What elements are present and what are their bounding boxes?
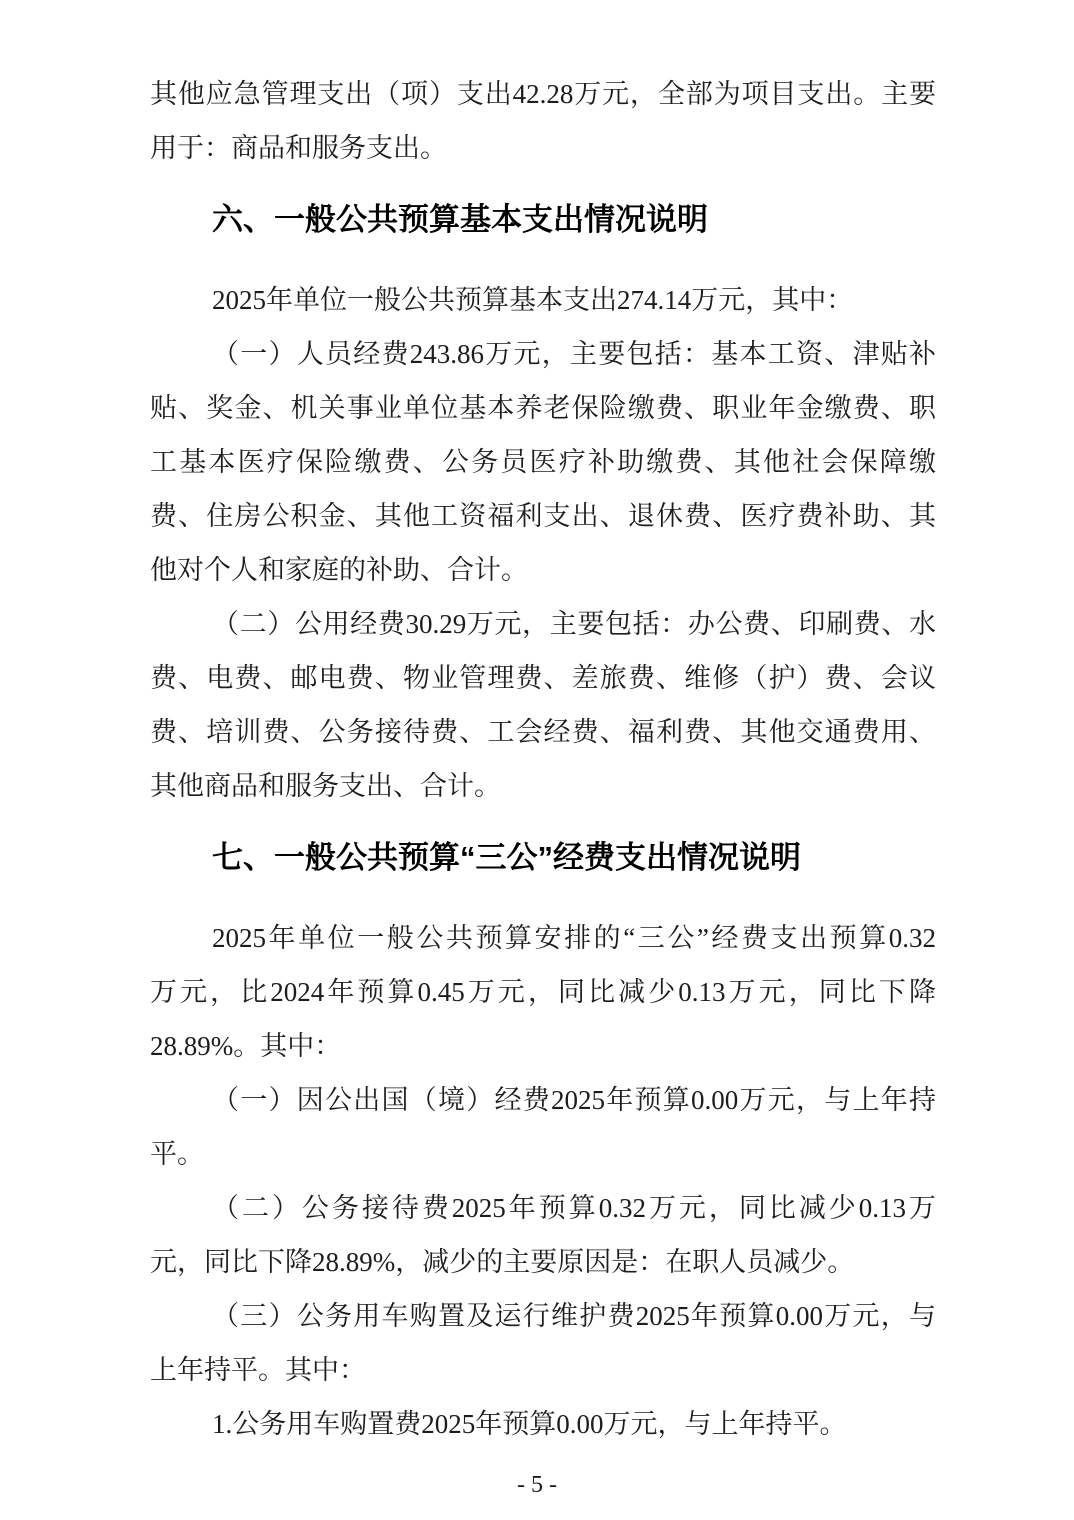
paragraph-line: （二）公务接待费2025年预算0.32万元，同比减少0.13万 [150,1181,936,1235]
paragraph-line: 费、住房公积金、其他工资福利支出、退休费、医疗费补助、其 [150,489,936,543]
section-six-heading: 六、一般公共预算基本支出情况说明 [150,193,936,247]
page-content: 其他应急管理支出（项）支出42.28万元，全部为项目支出。主要 用于：商品和服务… [150,67,936,1451]
paragraph-line: 贴、奖金、机关事业单位基本养老保险缴费、职业年金缴费、职 [150,381,936,435]
paragraph-line: 用于：商品和服务支出。 [150,121,936,175]
paragraph-line: 平。 [150,1127,936,1181]
page-number: - 5 - [0,1472,1074,1499]
paragraph-line: 万元，比2024年预算0.45万元，同比减少0.13万元，同比下降 [150,965,936,1019]
paragraph-line: 元，同比下降28.89%，减少的主要原因是：在职人员减少。 [150,1235,936,1289]
paragraph-line: 其他商品和服务支出、合计。 [150,759,936,813]
paragraph-line: 1.公务用车购置费2025年预算0.00万元，与上年持平。 [150,1397,936,1451]
paragraph-line: （二）公用经费30.29万元，主要包括：办公费、印刷费、水 [150,597,936,651]
section-seven-heading: 七、一般公共预算“三公”经费支出情况说明 [150,831,936,885]
paragraph-line: （一）人员经费243.86万元，主要包括：基本工资、津贴补 [150,327,936,381]
paragraph-line: 其他应急管理支出（项）支出42.28万元，全部为项目支出。主要 [150,67,936,121]
paragraph-line: （一）因公出国（境）经费2025年预算0.00万元，与上年持 [150,1073,936,1127]
paragraph-line: 上年持平。其中： [150,1343,936,1397]
paragraph-line: 2025年单位一般公共预算基本支出274.14万元，其中： [150,273,936,327]
paragraph-line: 费、培训费、公务接待费、工会经费、福利费、其他交通费用、 [150,705,936,759]
paragraph-line: （三）公务用车购置及运行维护费2025年预算0.00万元，与 [150,1289,936,1343]
paragraph-line: 他对个人和家庭的补助、合计。 [150,543,936,597]
paragraph-line: 2025年单位一般公共预算安排的“三公”经费支出预算0.32 [150,911,936,965]
document-page: 其他应急管理支出（项）支出42.28万元，全部为项目支出。主要 用于：商品和服务… [0,0,1074,1520]
paragraph-line: 28.89%。其中： [150,1019,936,1073]
paragraph-line: 费、电费、邮电费、物业管理费、差旅费、维修（护）费、会议 [150,651,936,705]
paragraph-line: 工基本医疗保险缴费、公务员医疗补助缴费、其他社会保障缴 [150,435,936,489]
